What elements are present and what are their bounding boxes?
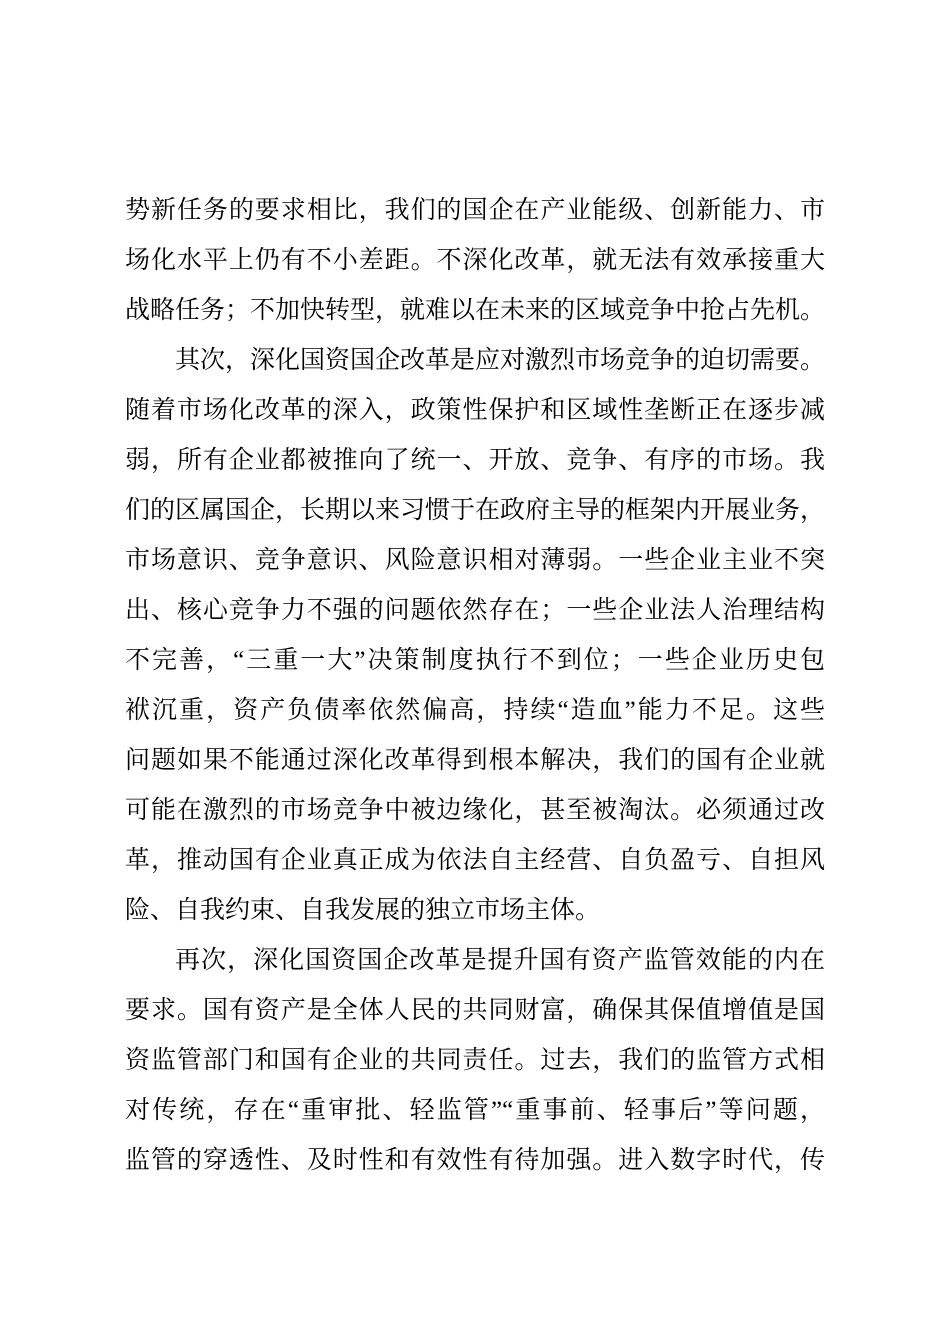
text-line: 袱沉重，资产负债率依然偏高，持续“造血”能力不足。这些 bbox=[125, 686, 825, 736]
paragraph-third: 再次，深化国资国企改革是提升国有资产监管效能的内在要求。国有资产是全体人民的共同… bbox=[125, 936, 825, 1186]
text-line: 险、自我约束、自我发展的独立市场主体。 bbox=[125, 886, 825, 936]
text-line: 监管的穿透性、及时性和有效性有待加强。进入数字时代，传 bbox=[125, 1136, 825, 1186]
text-line: 市场意识、竞争意识、风险意识相对薄弱。一些企业主业不突 bbox=[125, 536, 825, 586]
text-line: 战略任务；不加快转型，就难以在未来的区域竞争中抢占先机。 bbox=[125, 286, 825, 336]
paragraph-continuation: 势新任务的要求相比，我们的国企在产业能级、创新能力、市场化水平上仍有不小差距。不… bbox=[125, 186, 825, 336]
text-line: 要求。国有资产是全体人民的共同财富，确保其保值增值是国 bbox=[125, 986, 825, 1036]
text-line: 其次，深化国资国企改革是应对激烈市场竞争的迫切需要。 bbox=[125, 336, 825, 386]
text-line: 势新任务的要求相比，我们的国企在产业能级、创新能力、市 bbox=[125, 186, 825, 236]
text-line: 不完善，“三重一大”决策制度执行不到位；一些企业历史包 bbox=[125, 636, 825, 686]
text-line: 随着市场化改革的深入，政策性保护和区域性垄断正在逐步减 bbox=[125, 386, 825, 436]
text-line: 可能在激烈的市场竞争中被边缘化，甚至被淘汰。必须通过改 bbox=[125, 786, 825, 836]
paragraph-second: 其次，深化国资国企改革是应对激烈市场竞争的迫切需要。随着市场化改革的深入，政策性… bbox=[125, 336, 825, 936]
text-line: 再次，深化国资国企改革是提升国有资产监管效能的内在 bbox=[125, 936, 825, 986]
text-line: 问题如果不能通过深化改革得到根本解决，我们的国有企业就 bbox=[125, 736, 825, 786]
text-line: 出、核心竞争力不强的问题依然存在；一些企业法人治理结构 bbox=[125, 586, 825, 636]
text-line: 革，推动国有企业真正成为依法自主经营、自负盈亏、自担风 bbox=[125, 836, 825, 886]
document-text-block: 势新任务的要求相比，我们的国企在产业能级、创新能力、市场化水平上仍有不小差距。不… bbox=[125, 186, 825, 1186]
text-line: 资监管部门和国有企业的共同责任。过去，我们的监管方式相 bbox=[125, 1036, 825, 1086]
text-line: 场化水平上仍有不小差距。不深化改革，就无法有效承接重大 bbox=[125, 236, 825, 286]
text-line: 弱，所有企业都被推向了统一、开放、竞争、有序的市场。我 bbox=[125, 436, 825, 486]
document-page: 势新任务的要求相比，我们的国企在产业能级、创新能力、市场化水平上仍有不小差距。不… bbox=[0, 0, 950, 1344]
text-line: 对传统，存在“重审批、轻监管”“重事前、轻事后”等问题， bbox=[125, 1086, 825, 1136]
text-line: 们的区属国企，长期以来习惯于在政府主导的框架内开展业务， bbox=[125, 486, 825, 536]
